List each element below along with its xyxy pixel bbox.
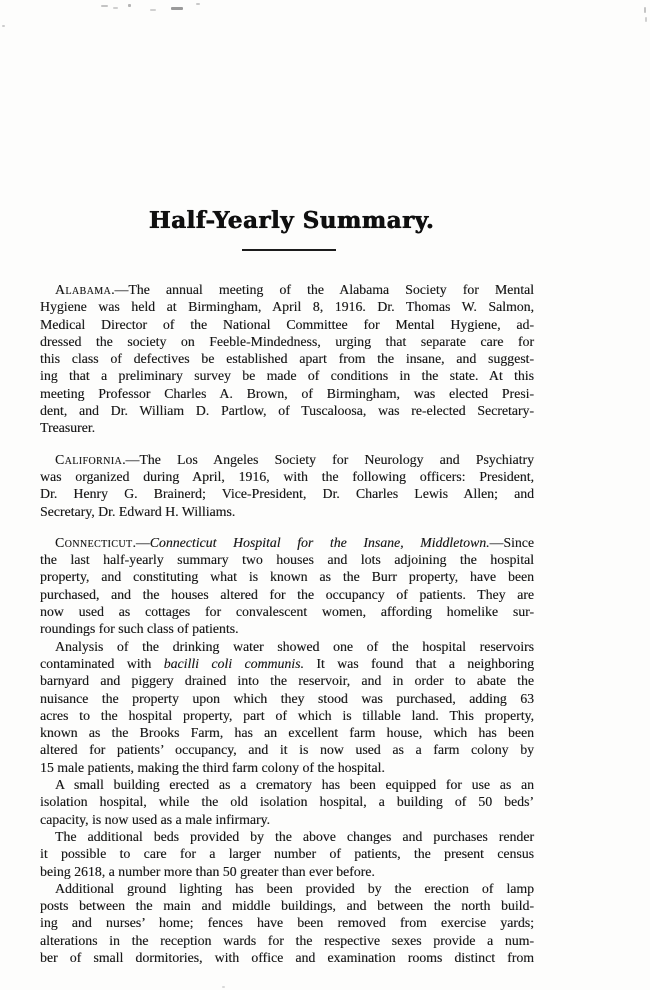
text-segment: known as the Brooks Farm, has an excelle… <box>40 725 534 740</box>
paragraph-water-analysis: Analysis of the drinking water showed on… <box>40 638 534 776</box>
text-segment: altered for patients’ occupancy, and it … <box>40 742 534 757</box>
text-segment: 15 male patients, making the third farm … <box>40 760 385 775</box>
text-line: Hygiene was held at Birmingham, April 8,… <box>40 298 534 315</box>
paragraph-california: California.—The Los Angeles Society for … <box>40 451 534 520</box>
text-line: Connecticut.—Connecticut Hospital for th… <box>40 534 534 551</box>
scan-artifact <box>222 986 225 988</box>
text-line: California.—The Los Angeles Society for … <box>40 451 534 468</box>
text-line: ber of small dormitories, with office an… <box>40 949 534 966</box>
text-segment: now used as cottages for convalescent wo… <box>40 604 534 619</box>
text-line: was organized during April, 1916, with t… <box>40 468 534 485</box>
text-line: purchased, and the houses altered for th… <box>40 586 534 603</box>
scan-artifact <box>644 7 646 13</box>
text-line: known as the Brooks Farm, has an excelle… <box>40 724 534 741</box>
text-segment: .— <box>132 535 149 550</box>
paragraph-ground-lighting: Additional ground lighting has been prov… <box>40 880 534 966</box>
text-line: capacity, is now used as a male infirmar… <box>40 811 534 828</box>
text-segment: alterations in the reception wards for t… <box>40 933 534 948</box>
text-segment: Dr. Henry G. Brainerd; Vice-President, D… <box>40 486 534 501</box>
page-title: Half-Yearly Summary. <box>0 207 583 234</box>
text-line: meeting Professor Charles A. Brown, of B… <box>40 385 534 402</box>
text-segment: contaminated with <box>40 656 164 671</box>
text-line: 15 male patients, making the third farm … <box>40 759 534 776</box>
text-line: barnyard and piggery drained into the re… <box>40 672 534 689</box>
scan-artifact <box>150 9 156 11</box>
text-segment: meeting Professor Charles A. Brown, of B… <box>40 386 534 401</box>
text-line: Secretary, Dr. Edward H. Williams. <box>40 503 534 520</box>
text-segment: it possible to care for a larger number … <box>40 846 534 861</box>
text-line: being 2618, a number more than 50 greate… <box>40 863 534 880</box>
text-segment: Secretary, Dr. Edward H. Williams. <box>40 504 235 519</box>
text-line: roundings for such class of patients. <box>40 620 534 637</box>
text-line: dent, and Dr. William D. Partlow, of Tus… <box>40 402 534 419</box>
text-segment: barnyard and piggery drained into the re… <box>40 673 534 688</box>
text-line: posts between the main and middle buildi… <box>40 897 534 914</box>
text-segment: Additional ground lighting has been prov… <box>55 881 534 896</box>
text-line: altered for patients’ occupancy, and it … <box>40 741 534 758</box>
paragraph-additional-beds: The additional beds provided by the abov… <box>40 828 534 880</box>
text-segment: being 2618, a number more than 50 greate… <box>40 864 375 879</box>
text-line: dressed the society on Feeble-Mindedness… <box>40 333 534 350</box>
text-segment: A small building erected as a crematory … <box>55 777 534 792</box>
text-line: Additional ground lighting has been prov… <box>40 880 534 897</box>
scan-artifact <box>196 3 200 5</box>
text-segment: —Since <box>490 535 534 550</box>
text-line: ing that a preliminary survey be made of… <box>40 367 534 384</box>
text-segment: dent, and Dr. William D. Partlow, of Tus… <box>40 403 534 418</box>
text-segment: .—The annual meeting of the Alabama Soci… <box>111 282 534 297</box>
text-line: this class of defectives be established … <box>40 350 534 367</box>
text-segment: The additional beds provided by the abov… <box>55 829 534 844</box>
text-line: A small building erected as a crematory … <box>40 776 534 793</box>
text-segment: acres to the hospital property, part of … <box>40 708 534 723</box>
text-segment: property, and constituting what is known… <box>40 569 534 584</box>
text-segment: was organized during April, 1916, with t… <box>40 469 534 484</box>
text-segment: isolation hospital, while the old isolat… <box>40 794 534 809</box>
state-heading: Connecticut <box>55 535 132 550</box>
text-line: nuisance the property upon which they st… <box>40 690 534 707</box>
paragraph-connecticut: Connecticut.—Connecticut Hospital for th… <box>40 534 534 638</box>
text-segment: nuisance the property upon which they st… <box>40 691 534 706</box>
text-line: alterations in the reception wards for t… <box>40 932 534 949</box>
text-segment: Treasurer. <box>40 420 95 435</box>
scan-artifact <box>128 4 131 7</box>
text-line: Dr. Henry G. Brainerd; Vice-President, D… <box>40 485 534 502</box>
scan-artifact <box>113 7 118 9</box>
text-segment: the last half-yearly summary two houses … <box>40 552 534 567</box>
text-line: The additional beds provided by the abov… <box>40 828 534 845</box>
text-segment: ing that a preliminary survey be made of… <box>40 368 534 383</box>
text-segment: purchased, and the houses altered for th… <box>40 587 534 602</box>
text-line: Medical Director of the National Committ… <box>40 316 534 333</box>
text-segment: dressed the society on Feeble-Mindedness… <box>40 334 534 349</box>
text-line: contaminated with bacilli coli communis.… <box>40 655 534 672</box>
text-segment: Hygiene was held at Birmingham, April 8,… <box>40 299 534 314</box>
text-segment: capacity, is now used as a male infirmar… <box>40 812 270 827</box>
text-line: isolation hospital, while the old isolat… <box>40 793 534 810</box>
text-line: Analysis of the drinking water showed on… <box>40 638 534 655</box>
text-line: now used as cottages for convalescent wo… <box>40 603 534 620</box>
text-line: Alabama.—The annual meeting of the Alaba… <box>40 281 534 298</box>
italic-phrase: Connecticut Hospital for the Insane, Mid… <box>150 535 490 550</box>
text-segment: .—The Los Angeles Society for Neurology … <box>122 452 534 467</box>
text-segment: roundings for such class of patients. <box>40 621 239 636</box>
text-line: it possible to care for a larger number … <box>40 845 534 862</box>
text-line: Treasurer. <box>40 419 534 436</box>
scan-artifact <box>171 7 183 10</box>
text-segment: posts between the main and middle buildi… <box>40 898 534 913</box>
text-line: acres to the hospital property, part of … <box>40 707 534 724</box>
text-segment: Medical Director of the National Committ… <box>40 317 534 332</box>
text-segment: Analysis of the drinking water showed on… <box>55 639 534 654</box>
text-segment: ing and nurses’ home; fences have been r… <box>40 915 534 930</box>
scan-artifact <box>2 25 5 27</box>
scan-artifact <box>101 5 108 7</box>
state-heading: Alabama <box>55 282 111 297</box>
scanned-page: Half-Yearly Summary. Alabama.—The annual… <box>0 0 650 990</box>
text-line: property, and constituting what is known… <box>40 568 534 585</box>
paragraph-alabama: Alabama.—The annual meeting of the Alaba… <box>40 281 534 437</box>
text-segment: It was found that a neighboring <box>304 656 534 671</box>
italic-phrase: bacilli coli communis. <box>164 656 304 671</box>
page-body: Alabama.—The annual meeting of the Alaba… <box>40 267 534 966</box>
text-segment: this class of defectives be established … <box>40 351 534 366</box>
scan-artifact <box>645 17 647 22</box>
title-divider <box>242 249 336 251</box>
paragraph-crematory-building: A small building erected as a crematory … <box>40 776 534 828</box>
state-heading: California <box>55 452 122 467</box>
text-line: ing and nurses’ home; fences have been r… <box>40 914 534 931</box>
text-line: the last half-yearly summary two houses … <box>40 551 534 568</box>
text-segment: ber of small dormitories, with office an… <box>40 950 534 965</box>
